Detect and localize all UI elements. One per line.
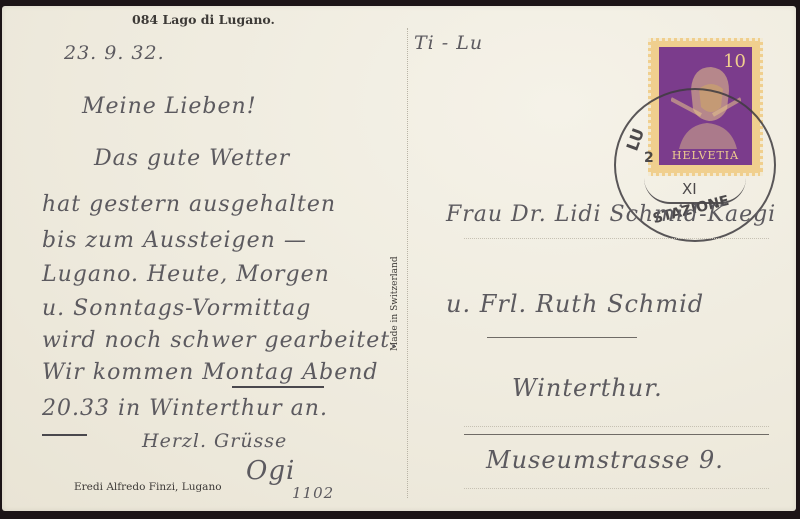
message-line: Das gute Wetter — [94, 146, 290, 171]
stamp-value: 10 — [723, 51, 746, 72]
message-signature: Ogi — [246, 456, 295, 486]
address-line: Museumstrasse 9. — [486, 446, 724, 474]
message-note: 1102 — [292, 484, 334, 502]
message-line: u. Sonntags-Vormittag — [42, 296, 311, 321]
corner-note: Ti - Lu — [414, 32, 483, 54]
message-line: Lugano. Heute, Morgen — [42, 262, 330, 287]
postcard-back: 084 Lago di Lugano. Eredi Alfredo Finzi,… — [2, 6, 796, 511]
address-line: Frau Dr. Lidi Schmid-Kaegi — [446, 202, 776, 227]
message-closing: Herzl. Grüsse — [142, 430, 287, 452]
address-underline — [487, 337, 637, 338]
time-underline — [42, 434, 87, 436]
publisher-imprint: Eredi Alfredo Finzi, Lugano — [74, 481, 222, 493]
address-line: Winterthur. — [512, 374, 663, 402]
address-rule — [464, 238, 769, 239]
message-line: Wir kommen Montag Abend — [42, 360, 378, 385]
center-divider — [407, 28, 408, 498]
postmark-day: 2 — [644, 150, 654, 166]
message-greeting: Meine Lieben! — [82, 94, 257, 119]
message-line: 20.33 in Winterthur an. — [42, 396, 328, 421]
address-rule — [464, 426, 769, 427]
address-rule — [464, 434, 769, 435]
address-line: u. Frl. Ruth Schmid — [446, 290, 704, 318]
message-line: hat gestern ausgehalten — [42, 192, 336, 217]
address-rule — [464, 488, 769, 489]
message-date: 23. 9. 32. — [64, 42, 165, 64]
printed-card-title: 084 Lago di Lugano. — [132, 12, 275, 27]
message-line: wird noch schwer gearbeitet. — [42, 328, 398, 353]
message-line: bis zum Aussteigen — — [42, 228, 307, 253]
monday-underline — [232, 386, 324, 388]
postmark-month: XI — [682, 180, 697, 198]
